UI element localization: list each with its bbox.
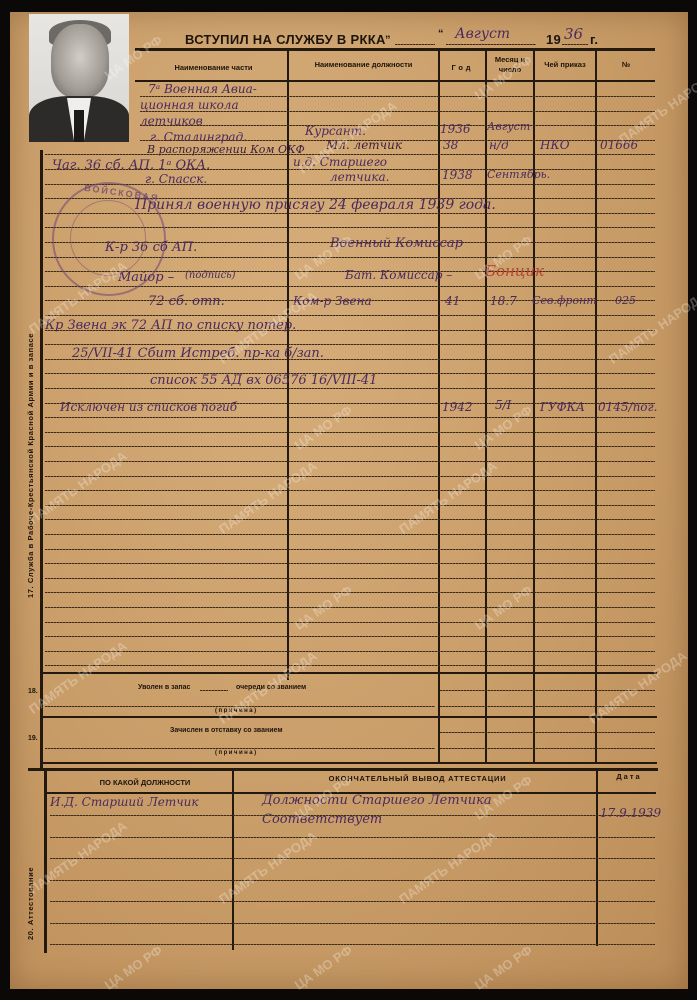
later-entry-line-3: 25/VII-41 Сбит Истреб. пр-ка б/зап. (72, 346, 324, 361)
later-entry-line-4: список 55 АД вх 06576 16/VIII-41 (150, 373, 377, 388)
ruled-line (45, 636, 655, 637)
ruled-line (50, 837, 655, 838)
ruled-line (140, 125, 655, 126)
commander-rank: Майор – (118, 270, 174, 285)
later-entry-line-2: Кр Звена эк 72 АП по списку потер. (45, 318, 296, 333)
later-entry-month-1: 18.7 (490, 294, 517, 308)
section-17-label: 17. Служба в Рабоче-Крестьянской Красной… (26, 333, 35, 598)
ruled-line (50, 880, 655, 881)
header-quote-close: “ (438, 28, 444, 40)
entry-position-line-5: Мл. летчик (326, 138, 402, 152)
entry-unit-line-6: Чаг. 36 сб. АП. 1ᵃ ОКА. (52, 158, 210, 173)
section-18-number: 18. (28, 688, 38, 695)
ruled-line (50, 901, 655, 902)
ruled-line (45, 622, 655, 623)
ruled-line (45, 607, 655, 608)
entry-year-line-4: 1936 (440, 122, 471, 136)
left-margin-rule (40, 150, 43, 770)
section-19-number: 19. (28, 735, 38, 742)
ruled-line (45, 432, 655, 433)
enlist-year-unit: г. (590, 32, 598, 47)
attestation-position-value: И.Д. Старший Летчик (50, 795, 199, 809)
ruled-line (45, 476, 655, 477)
ruled-line (45, 665, 655, 666)
entry-unit-line-2: ционная школа (140, 98, 239, 112)
entry-year-line-7: 1938 (442, 168, 473, 182)
entry-unit-line-7: г. Спасск. (145, 172, 207, 186)
entry-year-line-5: 38 (443, 138, 458, 152)
later-entry-position-1: Ком-р Звена (293, 294, 372, 308)
ruled-line (45, 344, 655, 345)
commissar-title: Военный Комиссар (330, 236, 463, 251)
entry-number-line-5: 01666 (600, 138, 638, 152)
ruled-line (45, 651, 655, 652)
entry-unit-line-4: г. Сталинград. (150, 130, 247, 144)
entry-month-line-5: н/д (489, 138, 509, 152)
ruled-line (45, 184, 655, 185)
soldier-photo (29, 14, 129, 142)
ruled-line (50, 944, 655, 945)
enlist-year-suffix: 36 (564, 25, 583, 43)
col-header-order: Чей приказ (535, 60, 595, 69)
col-header-month-day: Месяц и число (487, 55, 533, 75)
ruled-line (45, 519, 655, 520)
section-19-reason: (причина) (215, 750, 258, 756)
entry-order-line-5: НКО (540, 138, 570, 152)
col-header-attestation-conclusion: ОКОНЧАТЕЛЬНЫЙ ВЫВОД АТТЕСТАЦИИ (240, 774, 595, 783)
ruled-line (45, 490, 655, 491)
section-18-text-a: Уволен в запас (138, 684, 190, 691)
later-entry-number-5: 0145/пог. (598, 400, 657, 414)
ruled-line (45, 315, 655, 316)
oath-line: Принял военную присягу 24 февраля 1939 г… (135, 197, 496, 213)
ruled-line (45, 417, 655, 418)
col-header-position: Наименование должности (289, 60, 438, 69)
entry-month-line-4: Август (487, 120, 530, 133)
ruled-line (45, 563, 655, 564)
ruled-line (140, 96, 655, 97)
ruled-line (45, 578, 655, 579)
later-entry-order-5: ГУФКА (540, 400, 585, 414)
ruled-line (45, 592, 655, 593)
later-entry-unit-1: 72 сб. отп. (148, 294, 225, 309)
ruled-line (50, 923, 655, 924)
entry-position-line-6: и.д. Старшего (293, 155, 387, 169)
entry-unit-line-5: В распоряжении Ком ОКФ (147, 143, 305, 156)
section-20-label: 20. Аттестование (26, 867, 35, 940)
section-19-text: Зачислен в отставку со званием (170, 727, 283, 734)
entry-unit-line-3: летчиков (140, 114, 203, 128)
attestation-date-value: 17.9.1939 (600, 806, 661, 820)
col-header-unit: Наименование части (140, 63, 287, 72)
commissar-rank: Бат. Комиссар – (345, 268, 452, 282)
entry-month-line-7: Сентябрь. (487, 168, 550, 181)
ruled-line (45, 388, 655, 389)
ruled-line (45, 461, 655, 462)
section-18-reason: (причина) (215, 708, 258, 714)
entry-position-line-7: летчика. (330, 170, 389, 184)
header-title: ВСТУПИЛ НА СЛУЖБУ В РККА (185, 32, 386, 47)
ruled-line (50, 858, 655, 859)
attestation-conclusion-line-2: Соответствует (262, 812, 382, 827)
later-entry-order-1: Сев.фронт (532, 294, 597, 307)
enlist-year-prefix: 19 (546, 32, 561, 47)
commander-unit: К-р 36 сб АП. (105, 240, 197, 255)
commissar-signature: Бонцик (485, 262, 544, 280)
enlist-month: Август (455, 26, 510, 42)
later-entry-unit-5: Исключен из списков погиб (60, 400, 237, 414)
col-header-number: № (597, 60, 655, 69)
entry-position-line-4: Курсант. (305, 124, 366, 138)
ruled-line (45, 549, 655, 550)
col-header-year: Год (440, 63, 485, 72)
later-entry-month-5: 5/I (495, 398, 511, 412)
col-header-attestation-position: ПО КАКОЙ ДОЛЖНОСТИ (60, 778, 230, 787)
ruled-line (45, 505, 655, 506)
entry-unit-line-1: 7ᵃ Военная Авиа- (148, 82, 257, 96)
attestation-conclusion-line-1: Должности Старшего Летчика (262, 793, 492, 808)
later-entry-year-5: 1942 (442, 400, 473, 414)
later-entry-year-1: 41 (445, 294, 460, 308)
col-header-attestation-date: Дата (600, 772, 658, 781)
header-quote-open: „ (385, 28, 391, 40)
later-entry-number-1: 025 (615, 294, 636, 307)
ruled-line (45, 446, 655, 447)
commander-signature: (подпись) (185, 270, 236, 281)
section-18-text-b: очереди со званием (236, 684, 306, 691)
ruled-line (45, 534, 655, 535)
